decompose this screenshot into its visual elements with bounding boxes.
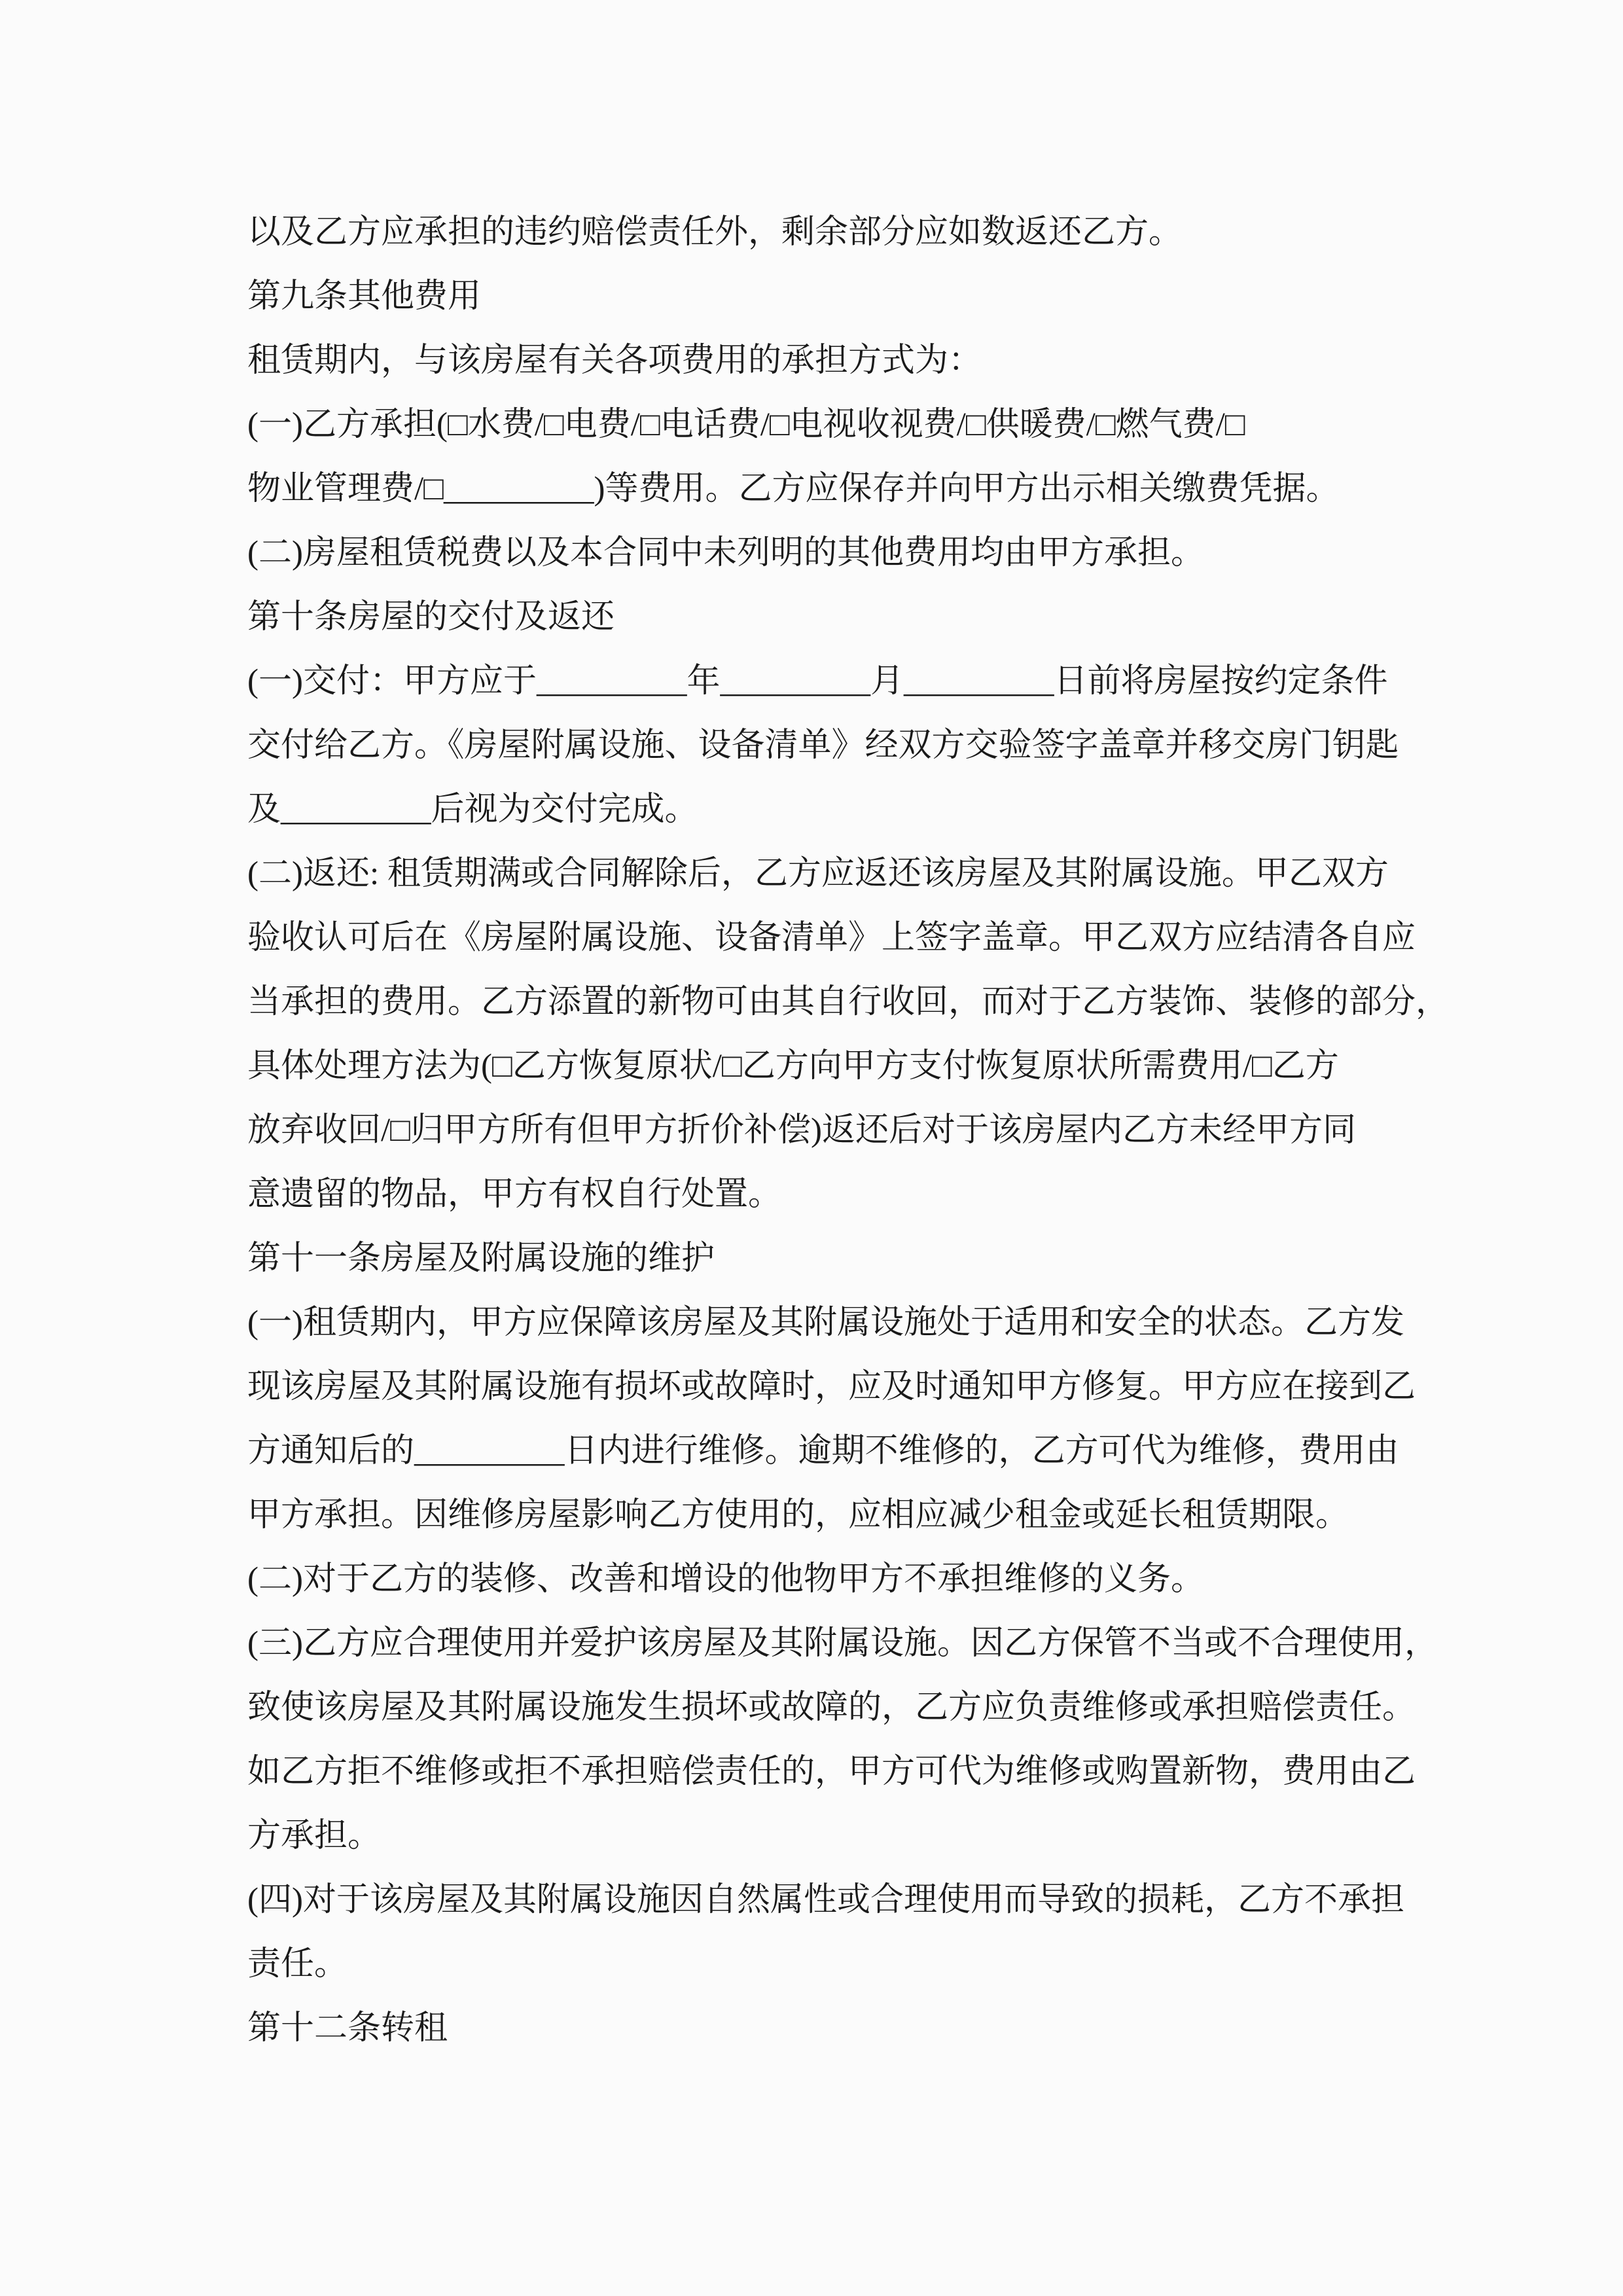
contract-line: 物业管理费/□_________)等费用。乙方应保存并向甲方出示相关缴费凭据。 bbox=[247, 457, 1465, 521]
contract-line: (二)房屋租赁税费以及本合同中未列明的其他费用均由甲方承担。 bbox=[247, 521, 1465, 585]
contract-line: 具体处理方法为(□乙方恢复原状/□乙方向甲方支付恢复原状所需费用/□乙方 bbox=[247, 1034, 1465, 1098]
contract-line: 及_________后视为交付完成。 bbox=[247, 778, 1465, 842]
contract-line: 责任。 bbox=[247, 1932, 1465, 1996]
contract-line: 致使该房屋及其附属设施发生损坏或故障的，乙方应负责维修或承担赔偿责任。 bbox=[247, 1676, 1465, 1740]
contract-line: 以及乙方应承担的违约赔偿责任外，剩余部分应如数返还乙方。 bbox=[247, 200, 1465, 264]
contract-line: 当承担的费用。乙方添置的新物可由其自行收回，而对于乙方装饰、装修的部分， bbox=[247, 970, 1465, 1034]
contract-line: 租赁期内，与该房屋有关各项费用的承担方式为： bbox=[247, 329, 1465, 393]
contract-line: 现该房屋及其附属设施有损坏或故障时，应及时通知甲方修复。甲方应在接到乙 bbox=[247, 1355, 1465, 1419]
clause-heading-10: 第十条房屋的交付及返还 bbox=[247, 585, 1465, 649]
contract-line: (二)返还: 租赁期满或合同解除后，乙方应返还该房屋及其附属设施。甲乙双方 bbox=[247, 842, 1465, 906]
contract-line: (四)对于该房屋及其附属设施因自然属性或合理使用而导致的损耗，乙方不承担 bbox=[247, 1868, 1465, 1932]
contract-line: 放弃收回/□归甲方所有但甲方折价补偿)返还后对于该房屋内乙方未经甲方同 bbox=[247, 1098, 1465, 1162]
contract-line: (一)租赁期内，甲方应保障该房屋及其附属设施处于适用和安全的状态。乙方发 bbox=[247, 1291, 1465, 1355]
contract-line: 验收认可后在《房屋附属设施、设备清单》上签字盖章。甲乙双方应结清各自应 bbox=[247, 906, 1465, 970]
contract-page: 以及乙方应承担的违约赔偿责任外，剩余部分应如数返还乙方。 第九条其他费用 租赁期… bbox=[0, 0, 1623, 2296]
contract-line: (一)交付：甲方应于_________年_________月_________日… bbox=[247, 649, 1465, 713]
clause-heading-9: 第九条其他费用 bbox=[247, 264, 1465, 329]
clause-heading-11: 第十一条房屋及附属设施的维护 bbox=[247, 1227, 1465, 1291]
contract-line: 交付给乙方。《房屋附属设施、设备清单》经双方交验签字盖章并移交房门钥匙 bbox=[247, 713, 1465, 778]
contract-line: (二)对于乙方的装修、改善和增设的他物甲方不承担维修的义务。 bbox=[247, 1547, 1465, 1611]
contract-line: 意遗留的物品，甲方有权自行处置。 bbox=[247, 1162, 1465, 1227]
contract-line: (三)乙方应合理使用并爱护该房屋及其附属设施。因乙方保管不当或不合理使用， bbox=[247, 1611, 1465, 1676]
contract-line: 方通知后的_________日内进行维修。逾期不维修的，乙方可代为维修，费用由 bbox=[247, 1419, 1465, 1483]
contract-line: 方承担。 bbox=[247, 1804, 1465, 1868]
contract-line: 如乙方拒不维修或拒不承担赔偿责任的，甲方可代为维修或购置新物，费用由乙 bbox=[247, 1740, 1465, 1804]
contract-body: 以及乙方应承担的违约赔偿责任外，剩余部分应如数返还乙方。 第九条其他费用 租赁期… bbox=[247, 200, 1465, 2060]
clause-heading-12: 第十二条转租 bbox=[247, 1996, 1465, 2060]
contract-line: 甲方承担。因维修房屋影响乙方使用的，应相应减少租金或延长租赁期限。 bbox=[247, 1483, 1465, 1547]
contract-line: (一)乙方承担(□水费/□电费/□电话费/□电视收视费/□供暖费/□燃气费/□ bbox=[247, 393, 1465, 457]
